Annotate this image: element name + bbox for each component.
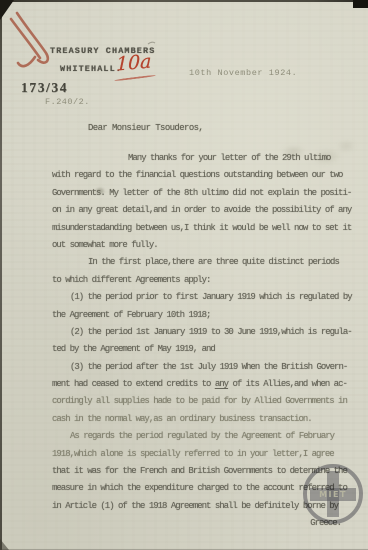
letter-line-item-1: (1) the period prior to first January 19… (52, 289, 355, 306)
stamp-letters: ΜΙΕΤ (307, 490, 359, 499)
letterhead-place: WHITEHALL. (60, 64, 122, 74)
red-pencil-underline (114, 74, 156, 81)
red-pencil-annotation: 10a (116, 50, 152, 75)
letter-line: cordingly all supplies hade to be paid f… (52, 393, 355, 410)
scan-edge-top (0, 0, 368, 2)
letter-line: 1918,which alone is specially referred t… (52, 446, 355, 463)
archive-reference-stamp: 173/34 (21, 80, 68, 96)
letter-line: ted by the Agreement of May 1919, and (52, 341, 355, 358)
letter-line-item-3: (3) the period after the 1st July 1919 W… (52, 359, 355, 376)
letter-line: with regard to the financial questions o… (52, 167, 355, 184)
date-line: 10th November 1924. (189, 68, 297, 78)
miet-archive-stamp: ΜΙΕΤ (303, 464, 363, 524)
letter-line: Governments. My letter of the 8th ultimo… (52, 185, 355, 202)
letter-line: cash in the normal way,as an ordinary bu… (52, 411, 355, 428)
letter-line: As regards the period regulated by the A… (52, 428, 355, 445)
line-segment: ment had ceased to extend credits to (52, 379, 215, 389)
underlined-word: any (215, 379, 228, 389)
red-pencil-marks (11, 13, 48, 66)
pencil-tick (148, 42, 155, 44)
letter-line-with-underline: ment had ceased to extend credits to any… (52, 376, 355, 393)
closing-word: Greece. (52, 515, 355, 532)
letter-line: In the first place,there are three quite… (52, 254, 355, 271)
scan-edge-left (0, 0, 2, 550)
letter-line: misunderstadanding between us,I think it… (52, 220, 355, 237)
letter-line: to which different Agreements apply: (52, 272, 355, 289)
line-segment: of its Allies,and when ac- (228, 379, 347, 389)
salutation: Dear Monsieur Tsouderos, (88, 123, 203, 133)
letter-line: on in any great detail,and in order to a… (52, 202, 355, 219)
letter-line: the Agreement of February 10th 1918; (52, 307, 355, 324)
letter-line: out somewhat more fully. (52, 237, 355, 254)
scanned-letter-page: TREASURY CHAMBERS WHITEHALL. 10a 10th No… (0, 0, 368, 550)
scan-corner-top-left (0, 0, 14, 20)
file-reference: F.240/2. (45, 97, 90, 107)
letter-line-item-2: (2) the period 1st January 1919 to 30 Ju… (52, 324, 355, 341)
letter-line: Many thanks for your letter of the 29th … (52, 150, 355, 167)
